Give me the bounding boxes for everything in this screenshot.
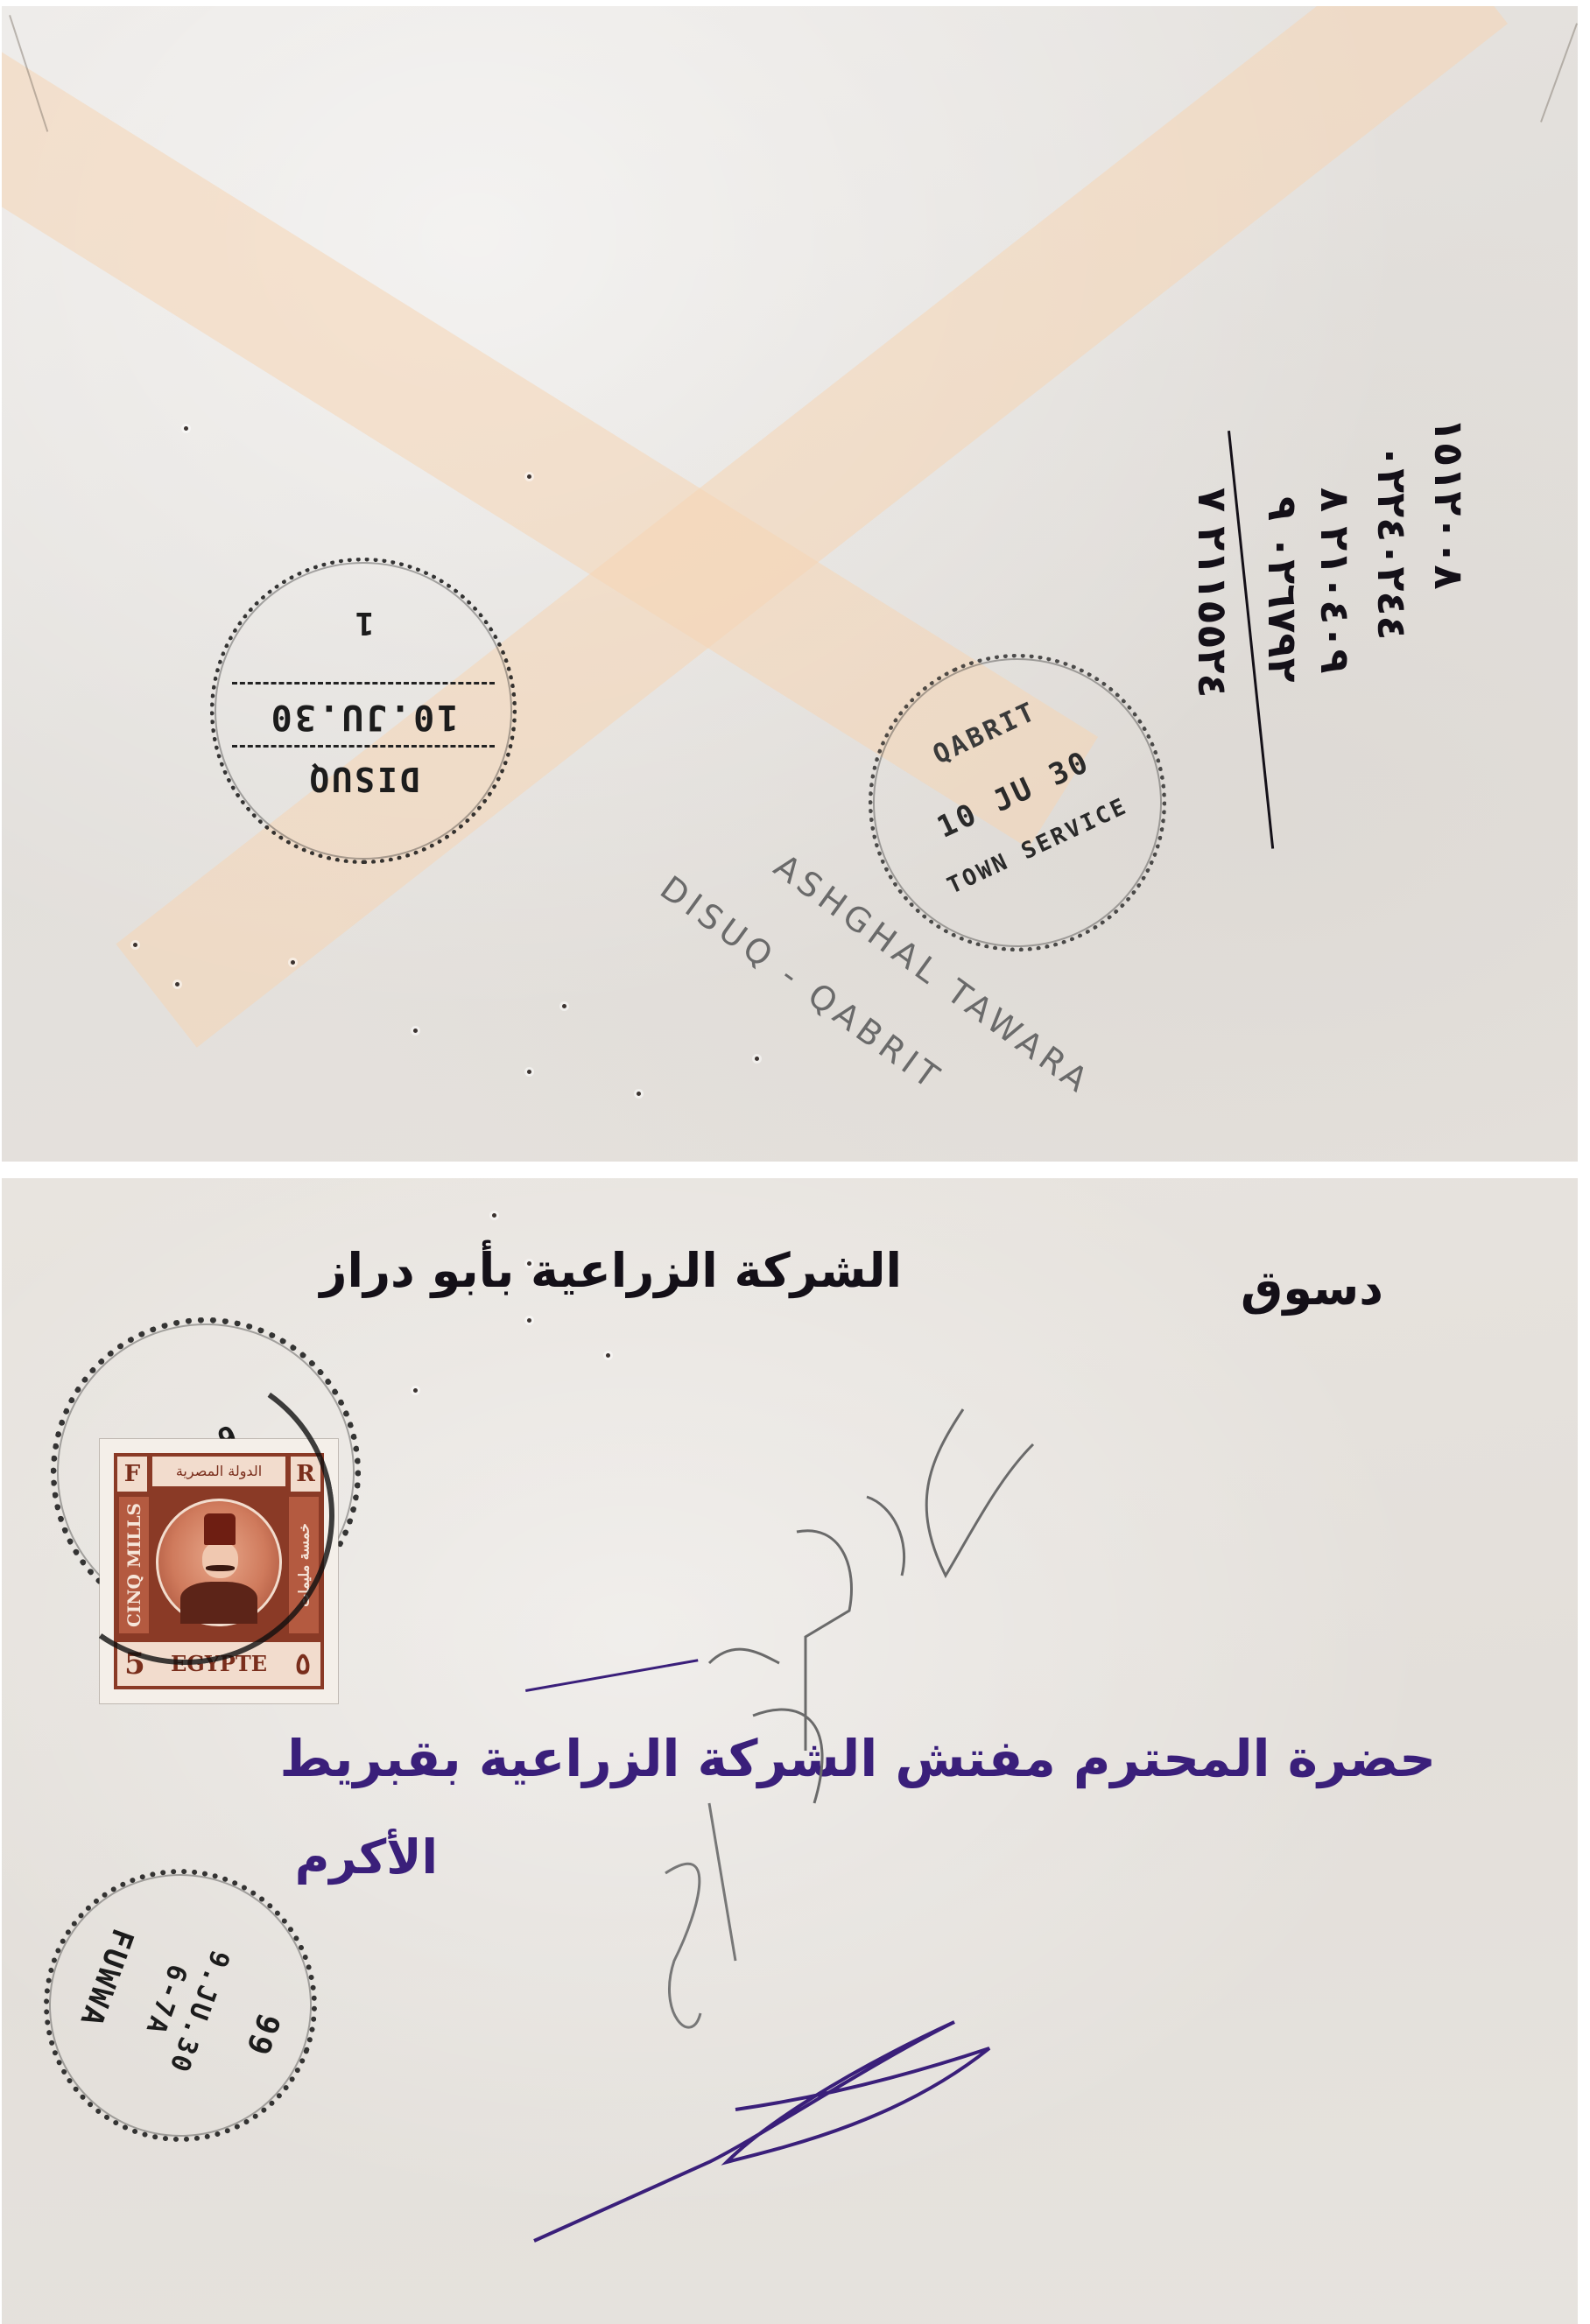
pinhole <box>413 1388 418 1393</box>
pinhole <box>133 943 137 947</box>
number-line: ٢١١٥٥٢٤ ٧ <box>1189 488 1236 699</box>
postmark-divider <box>232 682 495 685</box>
pinhole <box>492 1213 496 1218</box>
sender-town: دسوق <box>1208 1260 1383 1316</box>
address-closing: الأكرم <box>298 1829 438 1885</box>
address-line: حضرة المحترم مفتش الشركة الزراعية بقبريط <box>245 1729 1436 1788</box>
stamp-value-arabic: ٥ <box>285 1642 320 1686</box>
number-line: ٢١٠٤٠٩ ٨ <box>1312 488 1359 674</box>
number-line: ١٥١٢٠٠٨ <box>1425 418 1473 590</box>
pinhole <box>606 1353 610 1358</box>
postmark-divider <box>232 745 495 748</box>
envelope-back: DISUQ 10.JU.30 1 QABRIT 10 JU 30 TOWN SE… <box>2 6 1578 1162</box>
number-line: ٠٢٦٧٩٢ ٩ <box>1259 496 1306 683</box>
pencil-scrawl <box>683 1348 684 1349</box>
signature <box>534 1996 535 1997</box>
postmark-date: 10.JU.30 <box>215 697 512 737</box>
postmark-disuq: DISUQ 10.JU.30 1 <box>210 558 517 864</box>
pinhole <box>527 1318 531 1323</box>
number-line: ٠٢٢٤٠٢٤٤ <box>1368 444 1416 641</box>
pinhole <box>637 1092 641 1096</box>
pinhole <box>562 1004 566 1008</box>
pinhole <box>527 474 531 479</box>
sender-line: الشركة الزراعية بأبو دراز <box>219 1243 902 1298</box>
postmark-town: DISUQ <box>215 760 512 798</box>
pinhole <box>755 1057 759 1061</box>
pinhole <box>184 426 188 431</box>
pinhole <box>413 1029 418 1033</box>
pinhole <box>175 982 179 986</box>
postmark-index: 1 <box>215 605 512 641</box>
pinhole <box>527 1070 531 1074</box>
pinhole <box>291 960 295 965</box>
flap-edge <box>1540 23 1578 122</box>
handwritten-numbers: ١٥١٢٠٠٨ ٠٢٢٤٠٢٤٤ ٢١٠٤٠٩ ٨ ٠٢٦٧٩٢ ٩ ٢١١٥٥… <box>1175 418 1508 890</box>
